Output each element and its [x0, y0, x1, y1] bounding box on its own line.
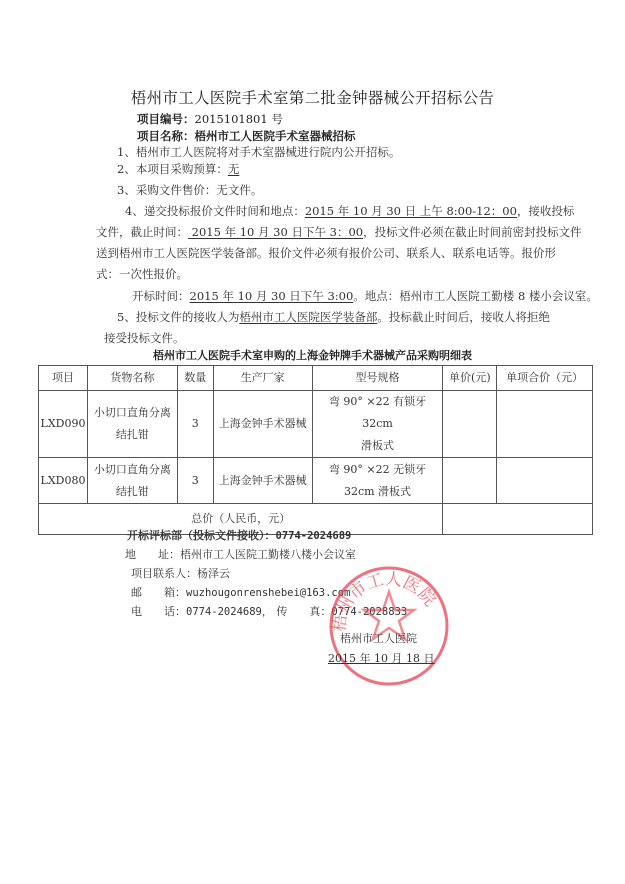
address-value: 梧州市工人医院工勤楼八楼小会议室	[180, 548, 356, 561]
project-number-label: 项目编号：	[137, 112, 195, 126]
contact-email: 邮 箱：wuzhougonrenshebei@163.com	[131, 584, 350, 600]
goods-name-line2: 结扎钳	[88, 481, 177, 503]
row-spec: 弯 90° ×22 无锁牙32cm 滑板式	[312, 458, 443, 504]
clause-4-line3: 送到梧州市工人医院医学装备部。报价文件必须有报价公司、联系人、联系电话等。报价形	[96, 245, 556, 261]
clause-4-line2: 文件，截止时间： 2015 年 10 月 30 日下午 3：00，投标文件必须在…	[96, 224, 582, 240]
receiver: 梧州市工人医院医学装备部	[239, 310, 377, 324]
document-title: 梧州市工人医院手术室第二批金钟器械公开招标公告	[0, 86, 625, 108]
header-goods-name: 货物名称	[87, 366, 177, 391]
clause-4-after: ，接收投标	[517, 204, 575, 218]
phone-value: 0774-2024689，	[186, 606, 272, 618]
procurement-table: 项目 货物名称 数量 生产厂家 型号规格 单价(元) 单项合价（元） LXD09…	[38, 365, 593, 535]
table-header-row: 项目 货物名称 数量 生产厂家 型号规格 单价(元) 单项合价（元）	[39, 366, 593, 391]
project-name-label: 项目名称：	[137, 129, 195, 143]
deadline-time: 2015 年 10 月 30 日下午 3：00	[188, 225, 363, 239]
row-unit-price	[443, 458, 497, 504]
clause-2: 2、本项目采购预算：无	[117, 161, 239, 177]
clause-1: 1、梧州市工人医院将对手术室器械进行院内公开招标。	[117, 144, 400, 160]
clause-5-line1: 5、投标文件的接收人为梧州市工人医院医学装备部。投标截止时间后，接收人将拒绝	[117, 309, 550, 325]
table-row: LXD090 小切口直角分离结扎钳 3 上海金钟手术器械 弯 90° ×22 有…	[39, 391, 593, 458]
header-manufacturer: 生产厂家	[213, 366, 312, 391]
clause-4-line4: 式：一次性报价。	[96, 266, 188, 282]
spec-line2: 32cm 滑板式	[313, 481, 443, 503]
table-title: 梧州市工人医院手术室申购的上海金钟牌手术器械产品采购明细表	[0, 347, 625, 363]
row-code: LXD080	[39, 458, 88, 504]
fax-label: 传 真：	[276, 605, 331, 618]
clause-3-value: 无文件。	[216, 183, 262, 197]
clause-3-label: 3、采购文件售价：	[117, 183, 216, 197]
address-label: 地 址：	[125, 548, 180, 561]
row-code: LXD090	[39, 391, 88, 458]
person-label: 项目联系人：	[131, 567, 197, 580]
row-manufacturer: 上海金钟手术器械	[213, 458, 312, 504]
row-quantity: 3	[177, 458, 213, 504]
contact-person: 项目联系人：杨泽云	[131, 565, 230, 581]
row-unit-price	[443, 391, 497, 458]
project-name: 项目名称：梧州市工人医院手术室器械招标	[137, 128, 356, 144]
signing-date: 2015 年 10 月 18 日	[328, 650, 434, 666]
dept-phone: 0774-2024689	[276, 530, 352, 542]
clause-3: 3、采购文件售价：无文件。	[117, 182, 262, 198]
project-number: 项目编号：2015101801 号	[137, 111, 283, 127]
row-spec: 弯 90° ×22 有锁牙 32cm滑板式	[312, 391, 443, 458]
opening-location: 。地点：梧州市工人医院工勤楼 8 楼小会议室。	[353, 289, 598, 303]
goods-name-line1: 小切口直角分离	[88, 402, 177, 424]
email-label: 邮 箱：	[131, 586, 186, 599]
spec-line1: 弯 90° ×22 有锁牙 32cm	[313, 391, 443, 435]
dept-label: 开标评标部（投标文件接收）：	[127, 529, 276, 542]
row-quantity: 3	[177, 391, 213, 458]
clause-4-label: 4、递交投标报价文件时间和地点：	[125, 204, 305, 218]
project-name-value: 梧州市工人医院手术室器械招标	[195, 129, 356, 143]
row-manufacturer: 上海金钟手术器械	[213, 391, 312, 458]
deadline-label: 文件，截止时间：	[96, 225, 188, 239]
table-row: LXD080 小切口直角分离结扎钳 3 上海金钟手术器械 弯 90° ×22 无…	[39, 458, 593, 504]
person-value: 杨泽云	[197, 567, 230, 580]
contact-address: 地 址：梧州市工人医院工勤楼八楼小会议室	[125, 546, 356, 562]
official-seal-icon: 梧州市工人医院 · · · · · · · · · · · · ·	[325, 562, 453, 690]
goods-name-line2: 结扎钳	[88, 424, 177, 446]
clause-5-line2: 接受投标文件。	[104, 330, 185, 346]
row-subtotal	[497, 458, 593, 504]
header-spec: 型号规格	[312, 366, 443, 391]
row-goods-name: 小切口直角分离结扎钳	[87, 458, 177, 504]
header-quantity: 数量	[177, 366, 213, 391]
opening-label: 开标时间：	[132, 289, 190, 303]
clause-2-value: 无	[228, 162, 240, 176]
spec-line2: 滑板式	[313, 435, 443, 457]
svg-text:· · · · · · · · · · · · ·: · · · · · · · · · · · · ·	[373, 668, 405, 673]
goods-name-line1: 小切口直角分离	[88, 459, 177, 481]
total-value	[443, 504, 593, 535]
clause-5-after: 。投标截止时间后，接收人将拒绝	[377, 310, 550, 324]
opening-time-line: 开标时间：2015 年 10 月 30 日下午 3:00。地点：梧州市工人医院工…	[132, 288, 598, 304]
header-unit-price: 单价(元)	[443, 366, 497, 391]
spec-line1: 弯 90° ×22 无锁牙	[313, 459, 443, 481]
clause-2-label: 2、本项目采购预算：	[117, 162, 228, 176]
header-item: 项目	[39, 366, 88, 391]
row-subtotal	[497, 391, 593, 458]
project-number-value: 2015101801 号	[195, 112, 283, 126]
submission-time: 2015 年 10 月 30 日 上午 8:00-12：00	[305, 204, 517, 218]
signing-organization: 梧州市工人医院	[340, 630, 417, 646]
row-goods-name: 小切口直角分离结扎钳	[87, 391, 177, 458]
clause-5-label: 5、投标文件的接收人为	[117, 310, 239, 324]
phone-label: 电 话：	[131, 605, 186, 618]
clause-4-line1: 4、递交投标报价文件时间和地点：2015 年 10 月 30 日 上午 8:00…	[125, 203, 574, 219]
contact-dept: 开标评标部（投标文件接收）：0774-2024689	[127, 527, 351, 543]
opening-time: 2015 年 10 月 30 日下午 3:00	[190, 289, 354, 303]
clause-4-line2-after: ，投标文件必须在截止时间前密封投标文件	[363, 225, 582, 239]
header-subtotal: 单项合价（元）	[497, 366, 593, 391]
